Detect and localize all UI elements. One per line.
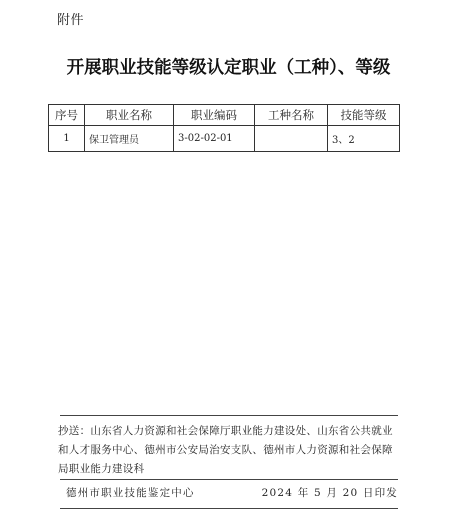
header-job-type: 工种名称 [255, 105, 328, 126]
cell-index: 1 [49, 126, 85, 152]
document-title: 开展职业技能等级认定职业（工种）、等级 [0, 57, 453, 79]
divider-bottom [60, 508, 398, 509]
header-skill-level: 技能等级 [328, 105, 400, 126]
issue-info: 德州市职业技能鉴定中心 2024 年 5 月 20 日印发 [66, 485, 398, 501]
cell-occupation-code: 3-02-02-01 [174, 126, 255, 152]
attachment-label: 附件 [57, 13, 84, 29]
header-index: 序号 [49, 105, 85, 126]
cell-skill-level: 3、2 [328, 126, 400, 152]
occupation-grade-table: 序号 职业名称 职业编码 工种名称 技能等级 1 保卫管理员 3-02-02-0… [48, 104, 400, 152]
header-occupation-name: 职业名称 [85, 105, 174, 126]
cell-occupation-name: 保卫管理员 [85, 126, 174, 152]
header-occupation-code: 职业编码 [174, 105, 255, 126]
table-header-row: 序号 职业名称 职业编码 工种名称 技能等级 [49, 105, 400, 126]
divider-top [60, 415, 398, 416]
cc-recipients: 抄送：山东省人力资源和社会保障厅职业能力建设处、山东省公共就业和人才服务中心、德… [58, 422, 403, 479]
cell-job-type [255, 126, 328, 152]
issuer-name: 德州市职业技能鉴定中心 [66, 485, 195, 501]
issue-date: 2024 年 5 月 20 日印发 [262, 485, 398, 501]
table-row: 1 保卫管理员 3-02-02-01 3、2 [49, 126, 400, 152]
divider-middle [60, 479, 398, 480]
